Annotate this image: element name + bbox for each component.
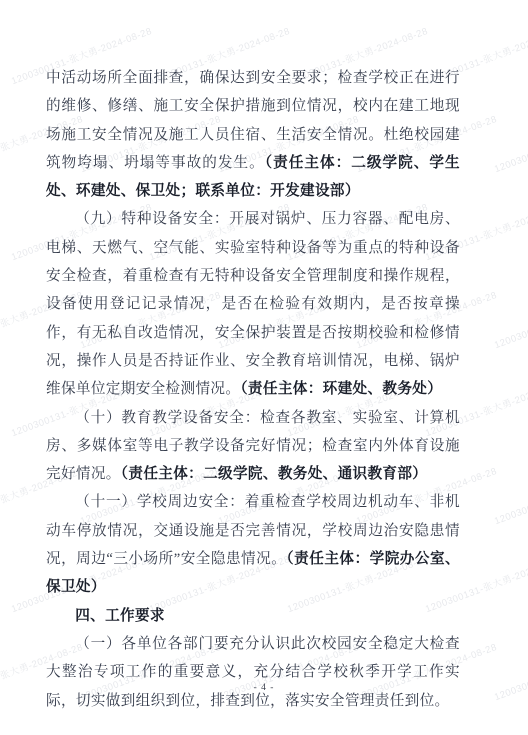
paragraph: （十一）学校周边安全：着重检查学校周边机动车、非机动车停放情况，交通设施是否完善… [46,488,460,601]
watermark-text: 1200300131-张大勇-2024-08-28 [492,111,528,175]
document-body: 中活动场所全面排查，确保达到安全要求；检查学校正在进行的维修、修缮、施工安全保护… [46,64,460,715]
bold-text-segment: （责任主体：环建处、教务处） [240,381,442,397]
watermark-text: 1200300131-张大勇-2024-08-28 [492,639,528,703]
section-heading: 四、工作要求 [46,602,460,630]
text-segment: （九）特种设备安全：开展对锅炉、压力容器、配电房、电梯、天燃气、空气能、实验室特… [46,211,460,397]
watermark-text: 1200300131-张大勇-2024-08-28 [492,287,528,351]
text-segment: （一）各单位各部门要充分认识此次校园安全稳定大检查大整治专项工作的重要意义，充分… [46,636,460,709]
watermark-text: 1200300131-张大勇-2024-08-28 [492,463,528,527]
paragraph: （一）各单位各部门要充分认识此次校园安全稳定大检查大整治专项工作的重要意义，充分… [46,630,460,715]
document-page: 1200300131-张大勇-2024-08-281200300131-张大勇-… [0,0,528,735]
paragraph: 中活动场所全面排查，确保达到安全要求；检查学校正在进行的维修、修缮、施工安全保护… [46,64,460,205]
page-number: - 4 - [0,683,528,693]
paragraph: （十）教育教学设备安全：检查各教室、实验室、计算机房、多媒体室等电子教学设备完好… [46,404,460,489]
bold-text-segment: （责任主体：二级学院、教务处、通识教育部） [121,466,428,482]
bold-text-segment: 四、工作要求 [75,608,165,624]
paragraph: （九）特种设备安全：开展对锅炉、压力容器、配电房、电梯、天燃气、空气能、实验室特… [46,205,460,403]
